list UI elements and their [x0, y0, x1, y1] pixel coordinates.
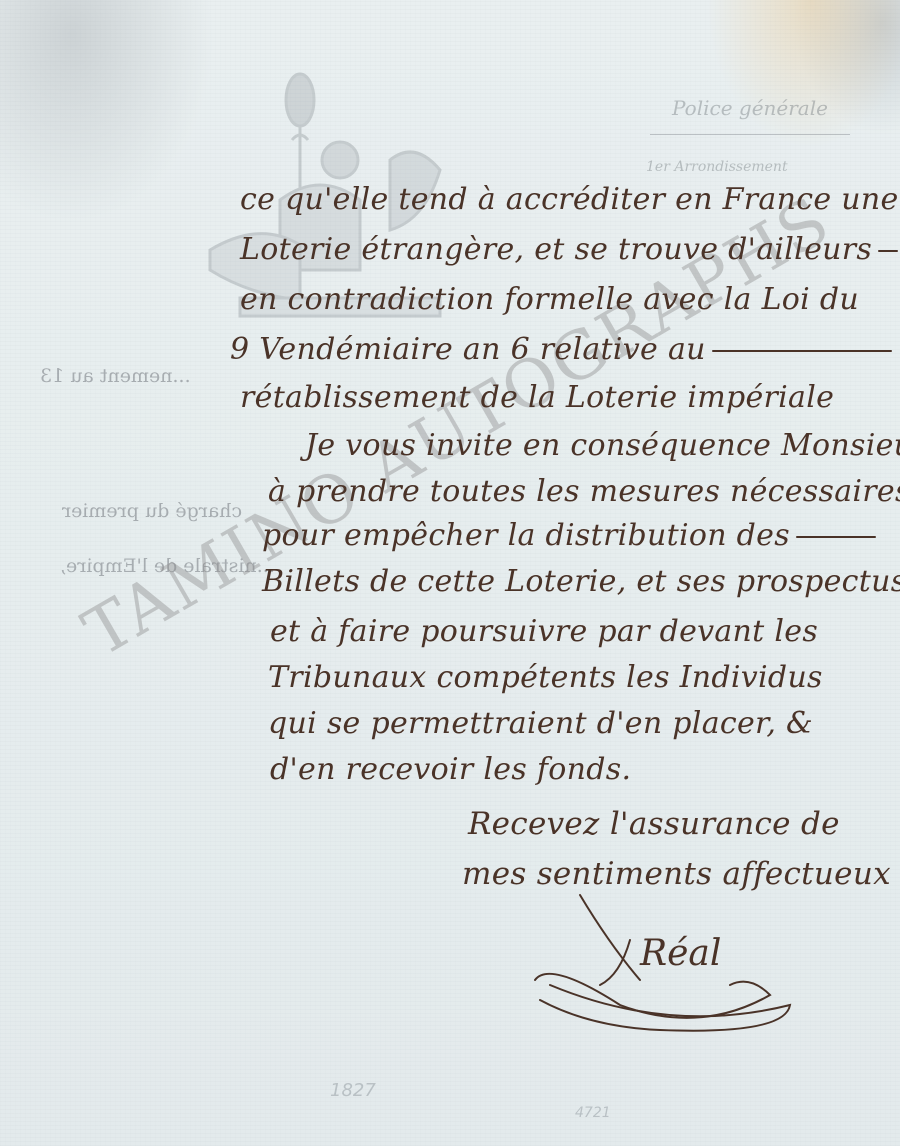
pencil-note: 4721 [575, 1105, 611, 1121]
body-line: ce qu'elle tend à accréditer en France u… [240, 182, 899, 217]
signature-flourish: Réal [530, 885, 810, 1035]
body-line: Billets de cette Loterie, et ses prospec… [262, 564, 900, 599]
body-line: à prendre toutes les mesures nécessaires… [268, 474, 900, 509]
body-line: Je vous invite en conséquence Monsieur, [305, 428, 900, 463]
body-line: en contradiction formelle avec la Loi du [240, 282, 859, 317]
body-line: 9 Vendémiaire an 6 relative au [230, 332, 892, 367]
pencil-note: 1827 [330, 1080, 376, 1101]
body-line: rétablissement de la Loterie impériale [240, 380, 834, 415]
body-line: qui se permettraient d'en placer, & [268, 706, 813, 741]
body-line: d'en recevoir les fonds. [270, 752, 631, 787]
body-line: Tribunaux compétents les Individus [268, 660, 823, 695]
closing-line: Recevez l'assurance de [468, 806, 840, 842]
body-line: Loterie étrangère, et se trouve d'ailleu… [240, 232, 898, 267]
signature-name: Réal [639, 933, 721, 974]
body-line: et à faire poursuivre par devant les [270, 614, 818, 649]
body-line: pour empêcher la distribution des [262, 518, 876, 553]
